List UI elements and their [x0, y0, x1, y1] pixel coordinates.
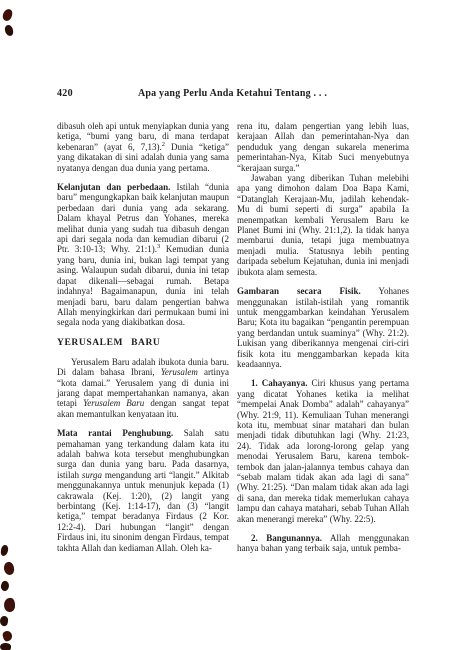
paragraph: Kelanjutan dan perbedaan. Istilah “dunia… [57, 182, 229, 328]
text-segment: Gambaran secara Fisik. [237, 286, 361, 296]
scan-artifact [3, 561, 16, 576]
scan-artifact [0, 643, 11, 650]
scanned-book-page: 420 Apa yang Perlu Anda Ketahui Tentang … [0, 0, 460, 650]
running-title: Apa yang Perlu Anda Ketahui Tentang . . … [57, 88, 408, 99]
paragraph: 1. Cahayanya. Ciri khusus yang pertama y… [237, 378, 409, 524]
text-segment: Jawaban yang diberikan Tuhan melebihi ap… [237, 173, 409, 277]
text-segment: Yohanes menggunakan istilah-istilah yang… [237, 286, 409, 369]
text-segment: Yerusalem [161, 367, 198, 377]
text-segment: 2. Bangunannya. [251, 533, 322, 543]
text-segment: Kemudian dunia yang baru, dunia ini, buk… [57, 244, 229, 327]
paragraph: rena itu, dalam pengertian yang lebih lu… [237, 121, 409, 173]
text-segment: 1. Cahayanya. [251, 378, 308, 388]
paragraph: 2. Bangunannya. Allah menggunakan hanya … [237, 533, 409, 554]
paragraph: Jawaban yang diberikan Tuhan melebihi ap… [237, 173, 409, 277]
paragraph: Mata rantai Penghubung. Salah satu pemah… [57, 428, 229, 553]
paragraph: Gambaran secara Fisik. Yohanes menggunak… [237, 286, 409, 369]
text-segment: Yerusalem Baru [83, 398, 144, 408]
section-heading: YERUSALEM BARU [57, 338, 229, 348]
text-segment: rena itu, dalam pengertian yang lebih lu… [237, 121, 409, 173]
scan-artifact [0, 545, 8, 557]
text-segment: Ciri khusus yang pertama yang dicatat Yo… [237, 378, 409, 523]
text-segment: Mata rantai Penghubung. [57, 428, 173, 438]
text-segment: Kelanjutan dan perbedaan. [57, 182, 170, 192]
scan-artifact [2, 8, 13, 22]
text-columns: dibasuh oleh api untuk menyiapkan dunia … [57, 121, 408, 554]
scan-artifact [3, 597, 15, 612]
scan-artifact [2, 630, 14, 642]
text-segment: surga [82, 470, 102, 480]
scan-artifact [0, 580, 10, 592]
scan-artifact [4, 24, 14, 36]
page-header: 420 Apa yang Perlu Anda Ketahui Tentang … [57, 88, 408, 102]
paragraph: Yerusalem Baru adalah ibukota dunia baru… [57, 357, 229, 419]
text-segment: mengandung arti “langit.” Alkitab menggu… [57, 470, 229, 553]
column-right: rena itu, dalam pengertian yang lebih lu… [237, 121, 409, 554]
scan-artifact [0, 615, 9, 626]
paragraph: dibasuh oleh api untuk menyiapkan dunia … [57, 121, 229, 173]
column-left: dibasuh oleh api untuk menyiapkan dunia … [57, 121, 229, 554]
